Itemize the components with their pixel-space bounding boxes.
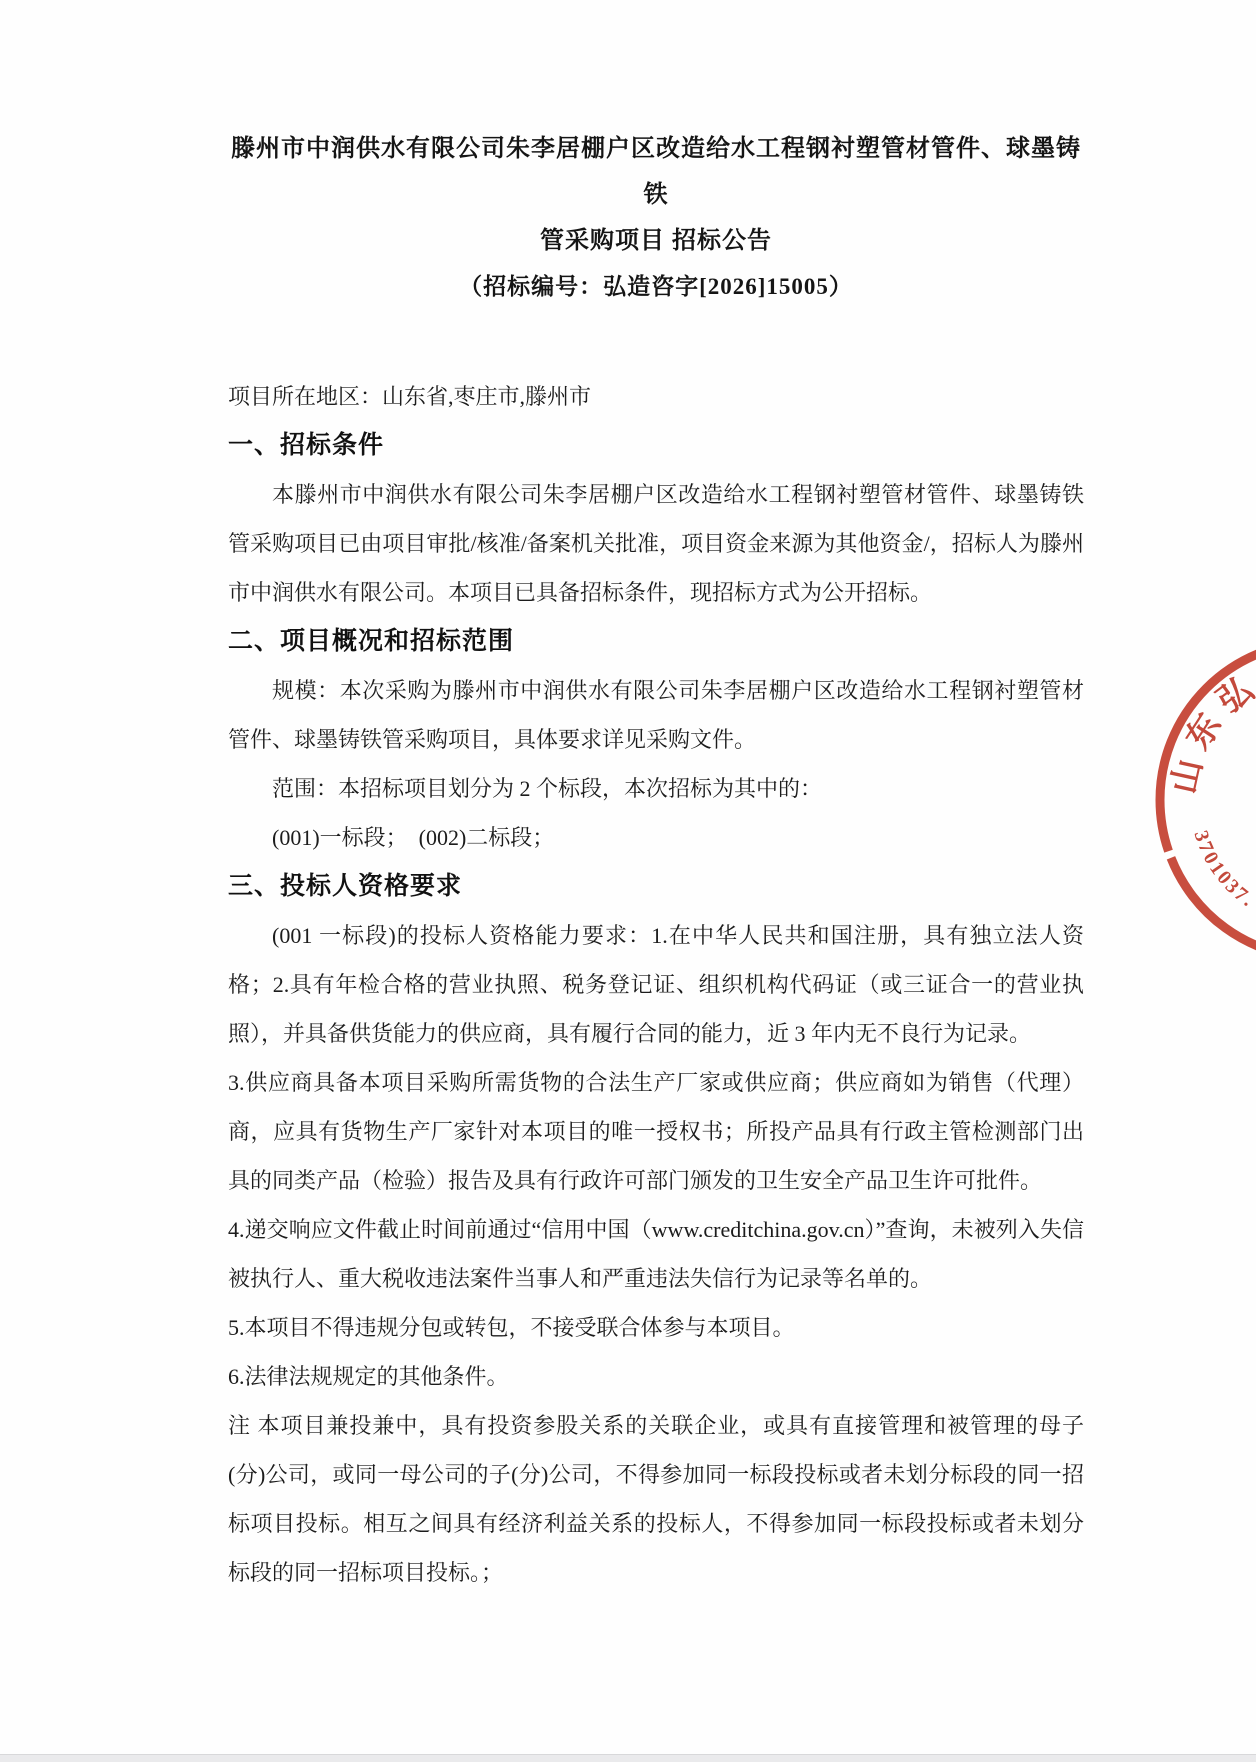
title-line-2: 管采购项目 招标公告 bbox=[228, 218, 1084, 264]
document-body: 项目所在地区：山东省,枣庄市,滕州市 一、招标条件 本滕州市中润供水有限公司朱李… bbox=[228, 372, 1084, 1597]
document-content: 滕州市中润供水有限公司朱李居棚户区改造给水工程钢衬塑管材管件、球墨铸铁 管采购项… bbox=[228, 0, 1084, 1597]
tender-number-line: （招标编号：弘造咨字[2026]15005） bbox=[228, 264, 1084, 310]
document-title: 滕州市中润供水有限公司朱李居棚户区改造给水工程钢衬塑管材管件、球墨铸铁 管采购项… bbox=[228, 126, 1084, 310]
section2-scope-paragraph: 范围：本招标项目划分为 2 个标段，本次招标为其中的： bbox=[228, 764, 1084, 813]
section3-heading: 三、投标人资格要求 bbox=[228, 862, 1084, 911]
section2-heading: 二、项目概况和招标范围 bbox=[228, 617, 1084, 666]
section1-heading: 一、招标条件 bbox=[228, 421, 1084, 470]
project-location-line: 项目所在地区：山东省,枣庄市,滕州市 bbox=[228, 372, 1084, 421]
section1-paragraph: 本滕州市中润供水有限公司朱李居棚户区改造给水工程钢衬塑管材管件、球墨铸铁管采购项… bbox=[228, 470, 1084, 617]
section3-note-paragraph: 注 本项目兼投兼中，具有投资参股关系的关联企业，或具有直接管理和被管理的母子(分… bbox=[228, 1401, 1084, 1597]
page-bottom-edge bbox=[0, 1754, 1256, 1762]
seal-stamp: 山东弘 3701037. bbox=[1100, 590, 1256, 1010]
seal-ring bbox=[1160, 642, 1256, 958]
section3-item6-paragraph: 6.法律法规规定的其他条件。 bbox=[228, 1352, 1084, 1401]
section2-scale-paragraph: 规模：本次采购为滕州市中润供水有限公司朱李居棚户区改造给水工程钢衬塑管材管件、球… bbox=[228, 666, 1084, 764]
scanned-tender-document-page: 滕州市中润供水有限公司朱李居棚户区改造给水工程钢衬塑管材管件、球墨铸铁 管采购项… bbox=[0, 0, 1256, 1762]
section3-item5-paragraph: 5.本项目不得违规分包或转包，不接受联合体参与本项目。 bbox=[228, 1303, 1084, 1352]
section3-item4-paragraph: 4.递交响应文件截止时间前通过“信用中国（www.creditchina.gov… bbox=[228, 1205, 1084, 1303]
seal-arc-text: 山东弘 bbox=[1166, 664, 1256, 797]
section3-item1-paragraph: (001 一标段)的投标人资格能力要求：1.在中华人民共和国注册，具有独立法人资… bbox=[228, 911, 1084, 1058]
title-line-1: 滕州市中润供水有限公司朱李居棚户区改造给水工程钢衬塑管材管件、球墨铸铁 bbox=[228, 126, 1084, 218]
section3-item3-paragraph: 3.供应商具备本项目采购所需货物的合法生产厂家或供应商；供应商如为销售（代理）商… bbox=[228, 1058, 1084, 1205]
seal-code-number: 3701037. bbox=[1189, 828, 1256, 912]
section2-lots-line: (001)一标段； (002)二标段； bbox=[228, 813, 1084, 862]
